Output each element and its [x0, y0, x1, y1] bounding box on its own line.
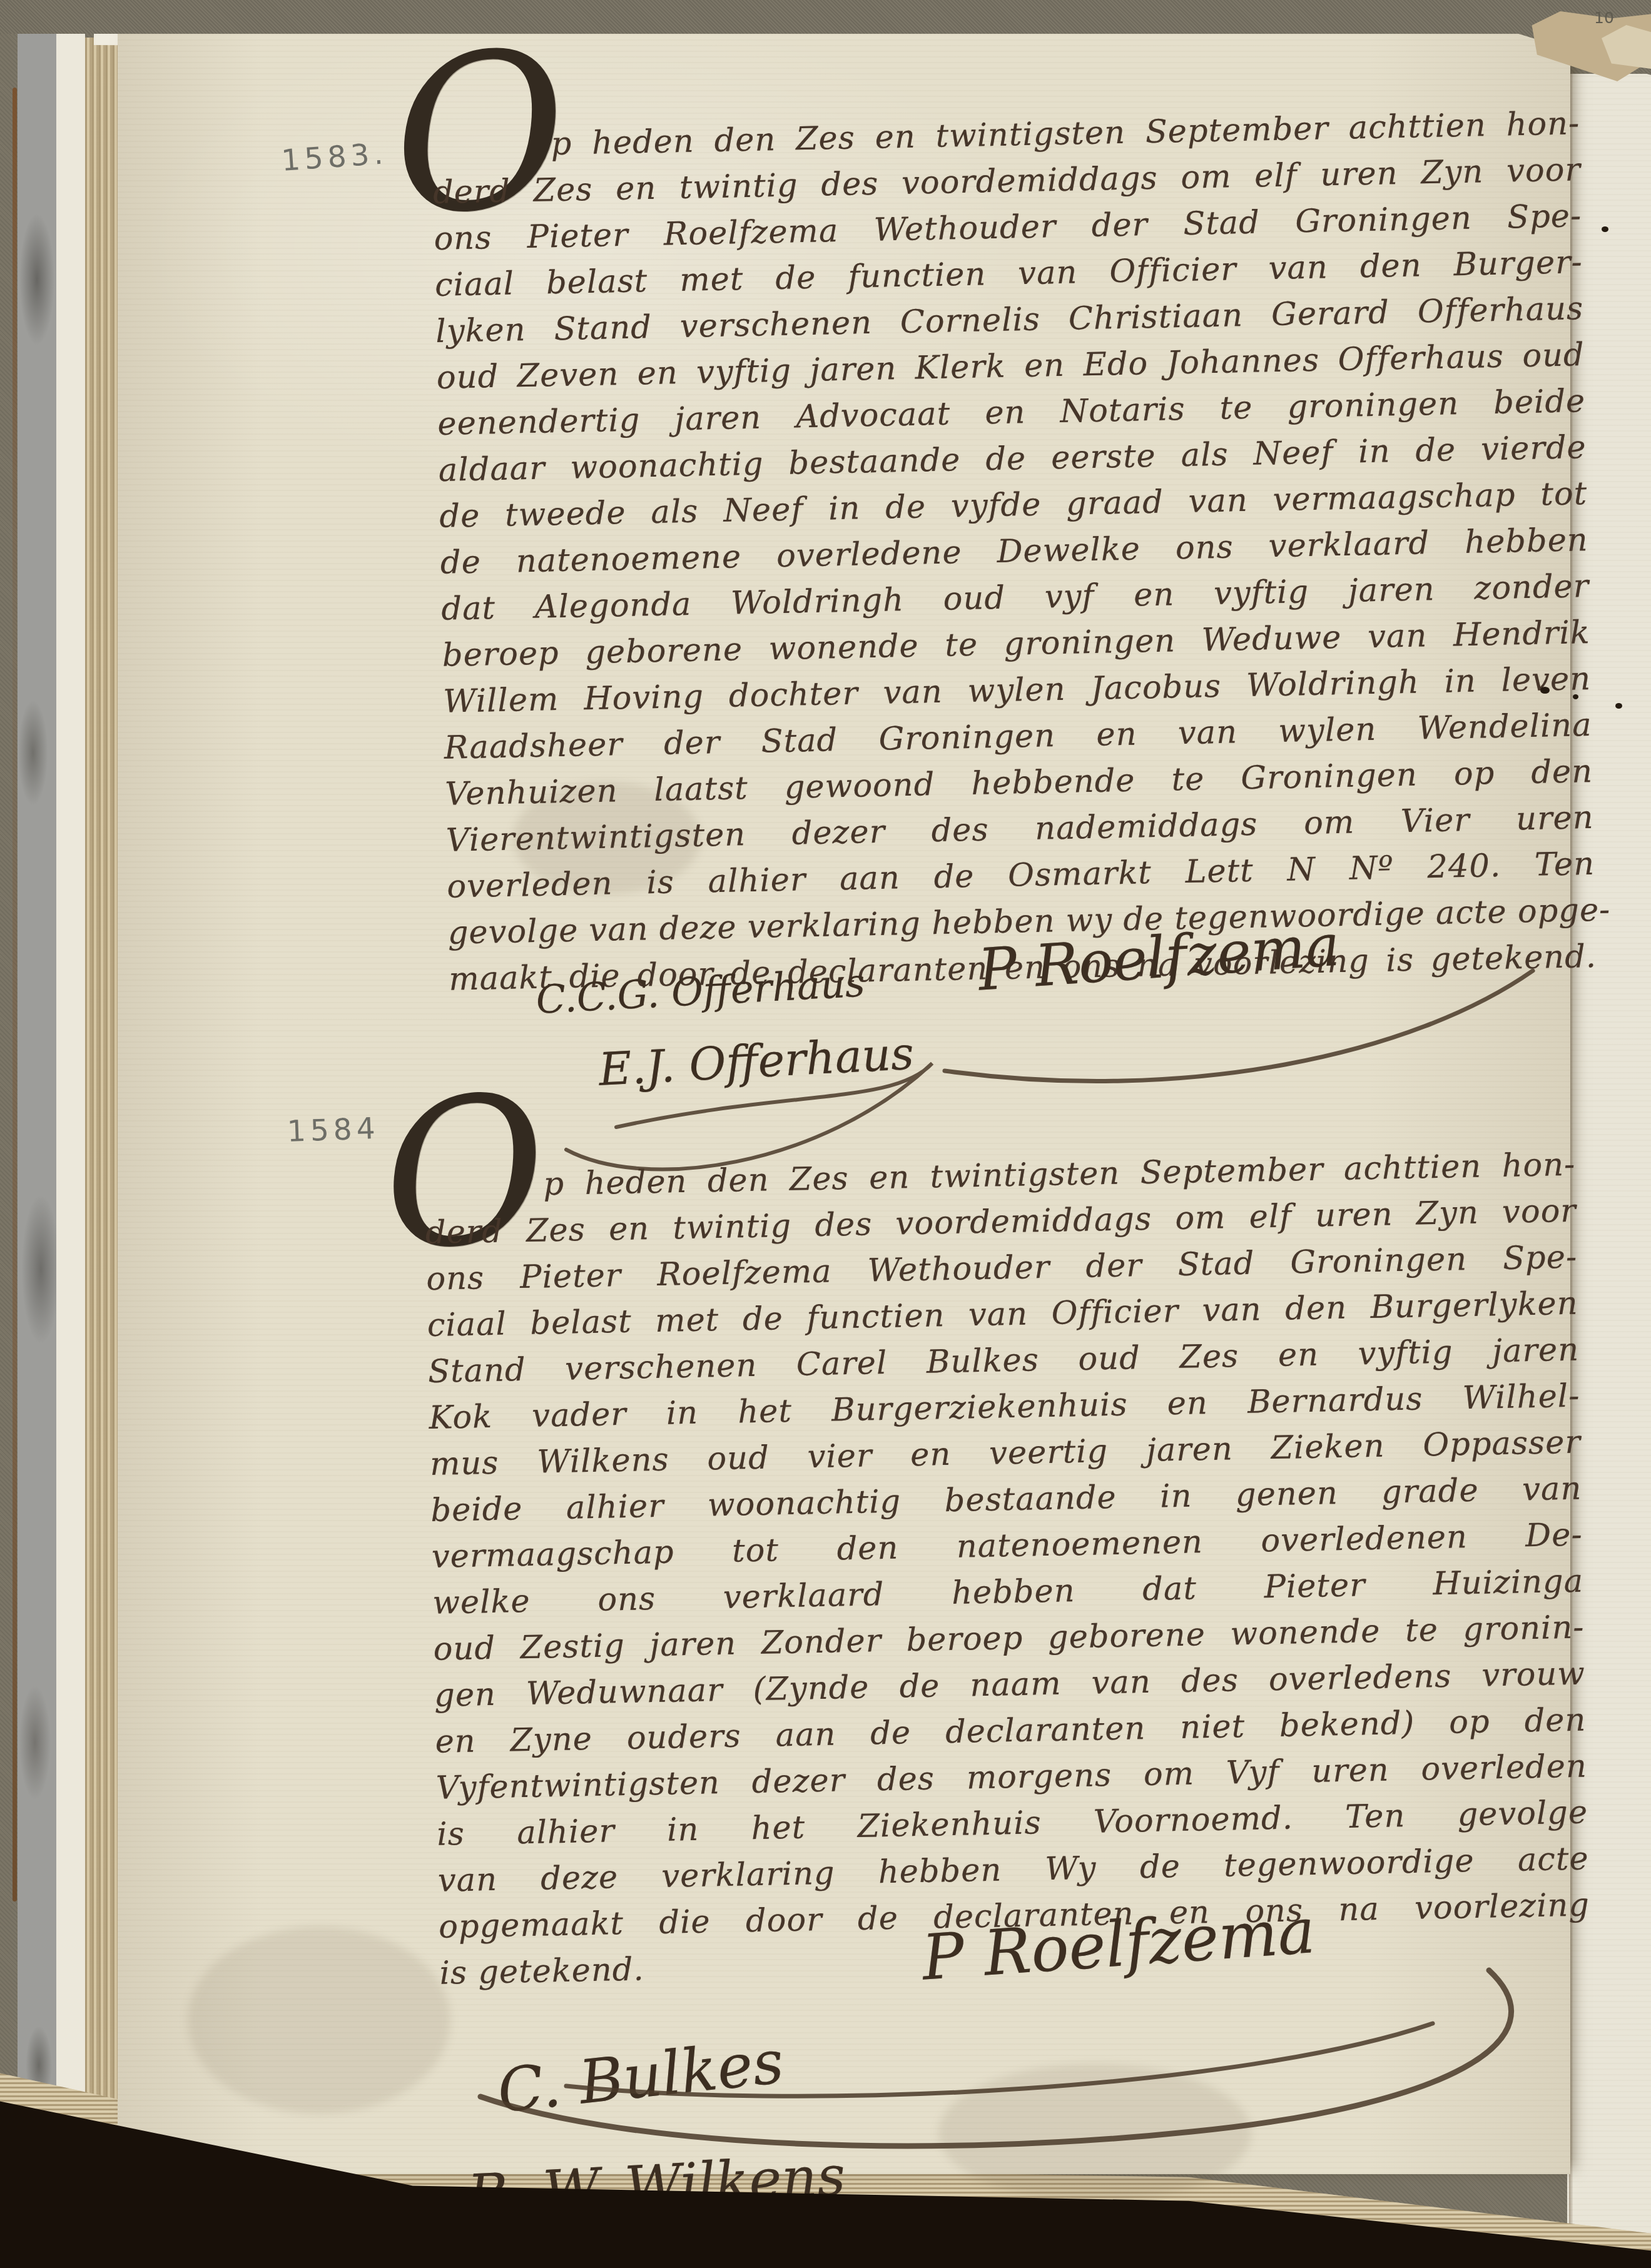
- page-stack-edges: [85, 38, 119, 2183]
- rust-stain: [13, 88, 17, 1901]
- ink-bleedthrough: [938, 2064, 1251, 2202]
- ink-speck: [1540, 687, 1550, 694]
- ink-speck: [1615, 703, 1622, 709]
- cover-cloth-top: [0, 0, 1651, 34]
- act-1584-text: p heden den Zes en twintigsten September…: [424, 1147, 1591, 2002]
- book-scan: 1583. 1584 O p heden den Zes en twintigs…: [0, 0, 1651, 2268]
- ink-bleedthrough: [188, 1926, 450, 2114]
- corner-mark: 10: [1594, 9, 1614, 27]
- marbled-endpaper: [18, 21, 56, 2173]
- ink-speck: [1602, 226, 1608, 232]
- act-1583-text: p heden den Zes en twintigsten September…: [432, 105, 1597, 1008]
- ink-speck: [1573, 694, 1578, 699]
- flyleaf-edge: [56, 28, 85, 2187]
- margin-number-1584: 1584: [287, 1111, 380, 1149]
